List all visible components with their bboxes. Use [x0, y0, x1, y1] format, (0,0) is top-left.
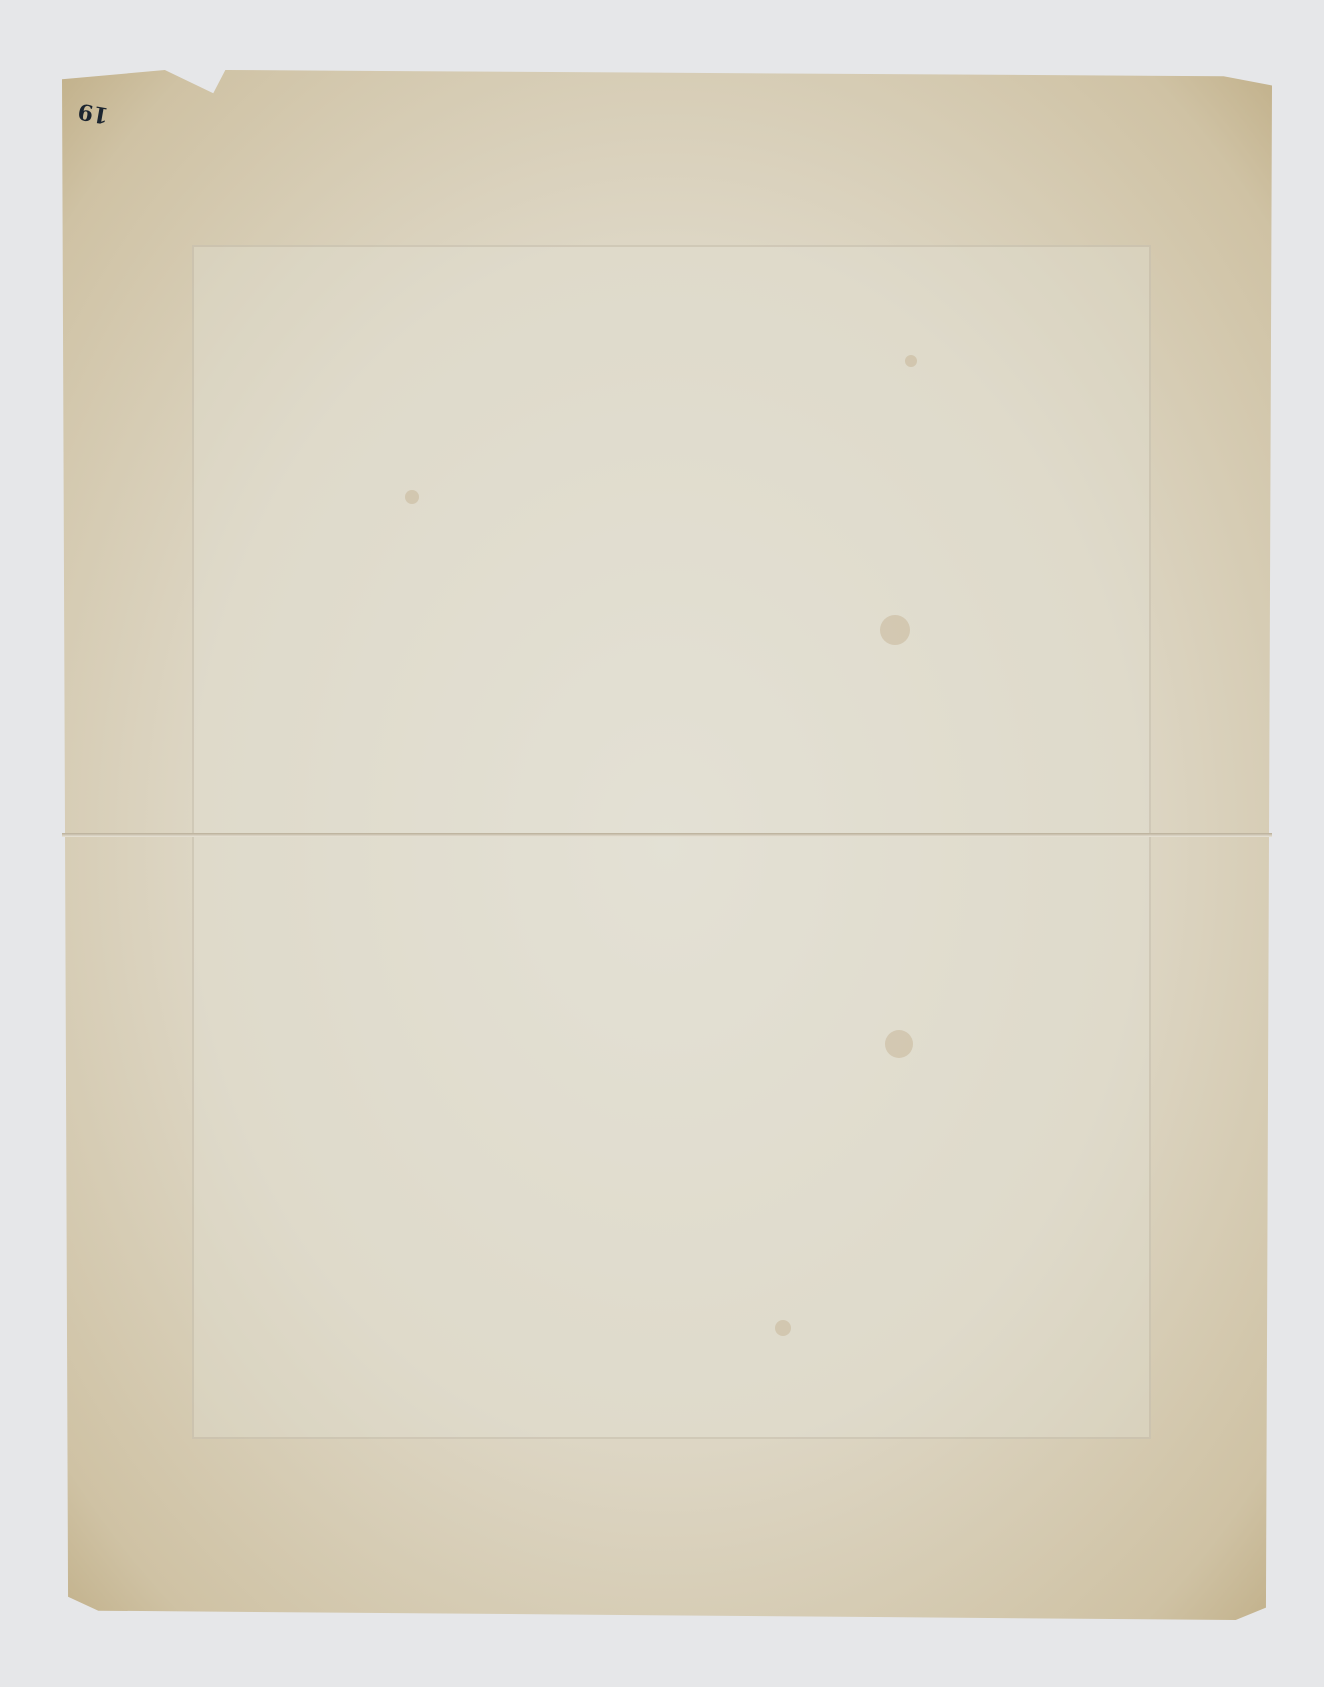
plate-impression — [192, 245, 1151, 1439]
foxing-spot — [885, 1030, 913, 1058]
foxing-spot — [905, 355, 917, 367]
foxing-spot — [405, 490, 419, 504]
foxing-spot — [775, 1320, 791, 1336]
foxing-spot — [880, 615, 910, 645]
fold-line — [62, 833, 1272, 837]
page-number: 19 — [76, 98, 111, 129]
